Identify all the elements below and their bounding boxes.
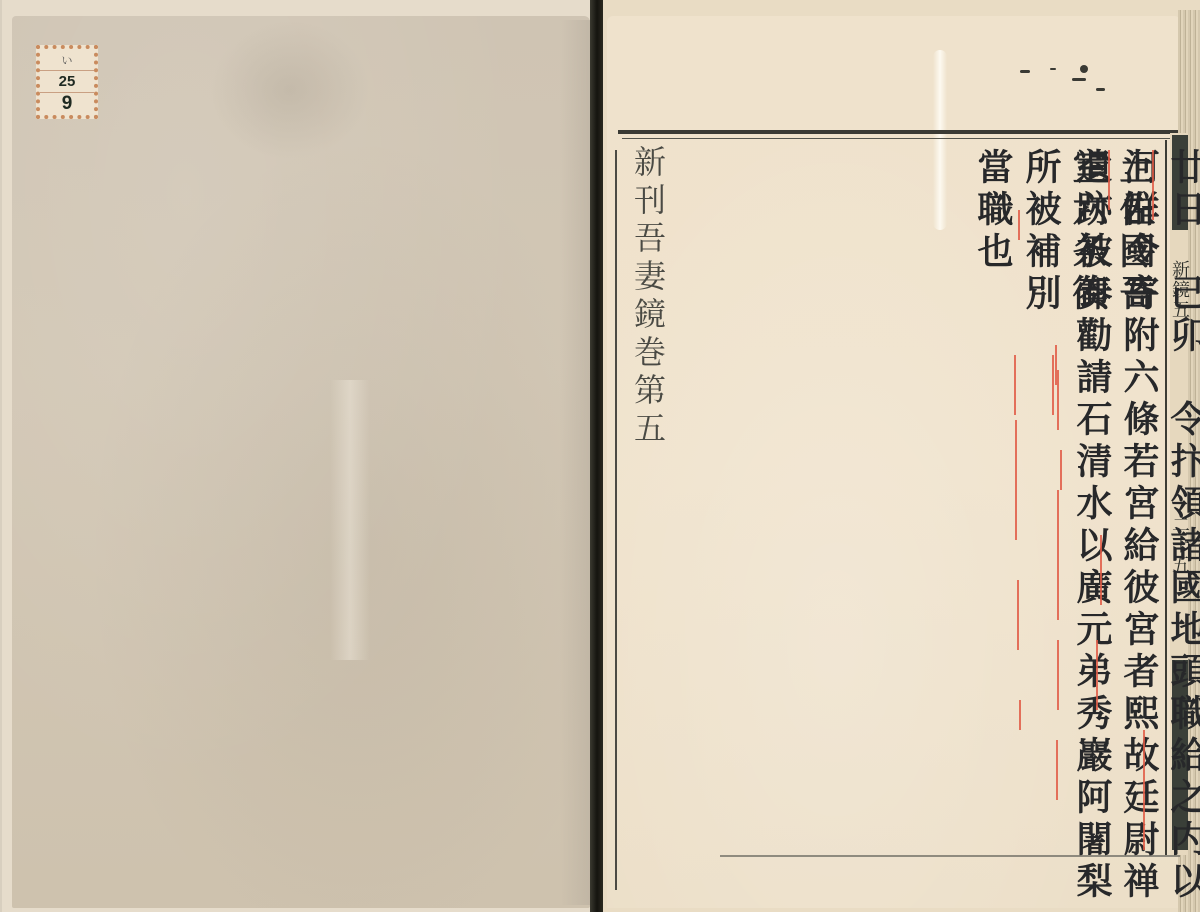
frame-border-top-inner [622, 138, 1178, 139]
book-scan: い 25 9 新鏡五 二十五 新刊吾妻鏡巻第五 廿日 己卯 令抃領諸國地頭職給之… [0, 0, 1200, 912]
red-annotation-line [1018, 210, 1020, 240]
left-page: い 25 9 [0, 0, 600, 912]
red-annotation-line [1056, 740, 1058, 800]
frame-border-left [615, 150, 617, 890]
red-annotation-line [1015, 420, 1017, 540]
book-gutter [590, 0, 604, 912]
red-annotation-line [1143, 730, 1145, 850]
paper-stain [210, 20, 370, 160]
ink-specks [1010, 60, 1130, 100]
red-annotation-line [1052, 355, 1054, 415]
frame-border-top [618, 130, 1178, 134]
red-annotation-line [1060, 450, 1062, 490]
red-annotation-line [1014, 355, 1016, 415]
paper-crease [330, 380, 370, 660]
red-annotation-line [1100, 535, 1102, 605]
label-number-bottom: 9 [40, 93, 94, 115]
text-column-4: 當職也 [968, 148, 1019, 274]
left-page-spine-shadow [560, 20, 590, 905]
text-column-3: 遺跡被奏勸請石清水以廣元弟秀巖阿闍梨所被補別 [1016, 148, 1118, 912]
red-annotation-line [1108, 150, 1110, 210]
label-number-top: 25 [40, 71, 94, 93]
red-annotation-line [1152, 150, 1154, 220]
red-annotation-line [1057, 490, 1059, 620]
paper-wrinkle [933, 50, 947, 230]
red-annotation-line [1019, 700, 1021, 730]
label-kana: い [40, 49, 94, 71]
red-annotation-line [1057, 640, 1059, 710]
red-annotation-line [1096, 640, 1098, 710]
red-annotation-line [1057, 370, 1059, 430]
red-annotation-line [1017, 580, 1019, 650]
library-call-number-label: い 25 9 [36, 45, 98, 119]
volume-title: 新刊吾妻鏡巻第五 [625, 145, 671, 449]
